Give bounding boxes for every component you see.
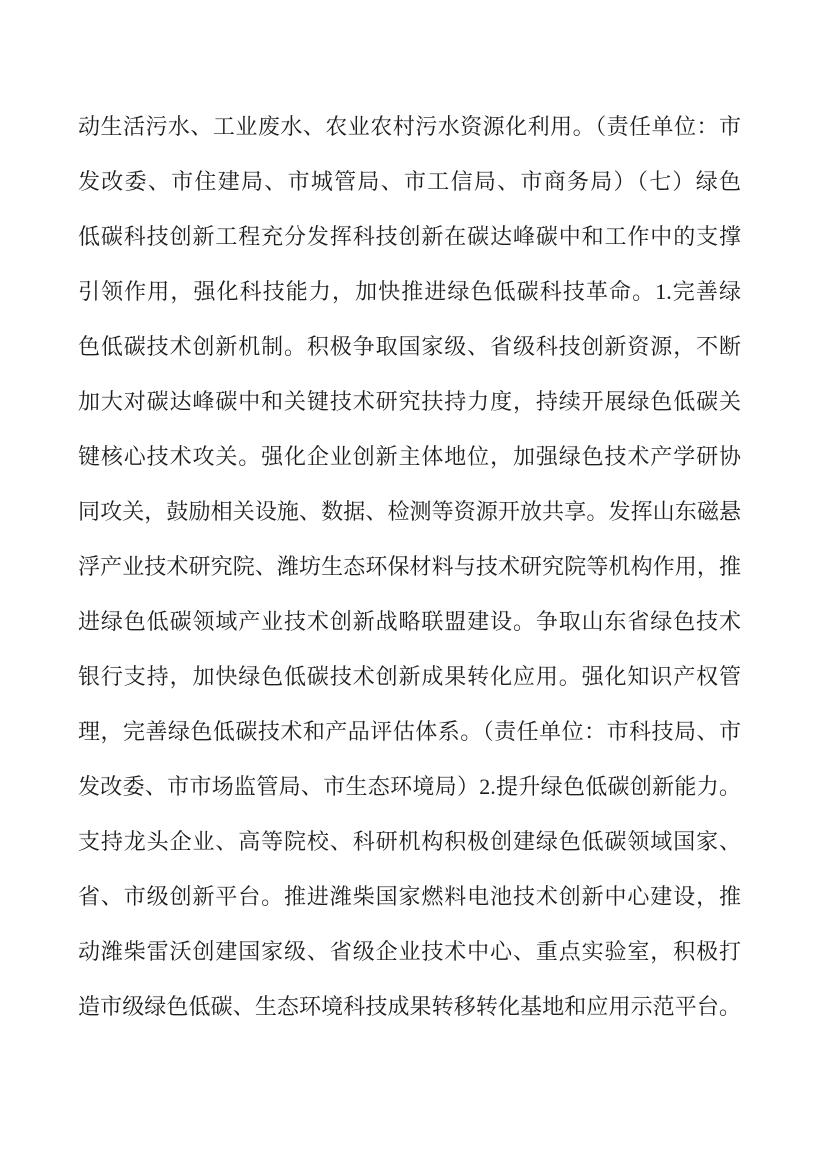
text-line: 造市级绿色低碳、生态环境科技成果转移转化基地和应用示范平台。 <box>78 979 741 1034</box>
text-line: 动潍柴雷沃创建国家级、省级企业技术中心、重点实验室，积极打 <box>78 924 741 979</box>
text-line: 引领作用，强化科技能力，加快推进绿色低碳科技革命。1.完善绿 <box>78 264 741 319</box>
text-line: 动生活污水、工业废水、农业农村污水资源化利用。（责任单位：市 <box>78 99 741 154</box>
text-line: 同攻关，鼓励相关设施、数据、检测等资源开放共享。发挥山东磁悬 <box>78 484 741 539</box>
text-line: 支持龙头企业、高等院校、科研机构积极创建绿色低碳领域国家、 <box>78 814 741 869</box>
text-line: 低碳科技创新工程充分发挥科技创新在碳达峰碳中和工作中的支撑 <box>78 209 741 264</box>
document-page: 动生活污水、工业废水、农业农村污水资源化利用。（责任单位：市 发改委、市住建局、… <box>0 0 826 1169</box>
text-line: 省、市级创新平台。推进潍柴国家燃料电池技术创新中心建设，推 <box>78 869 741 924</box>
text-line: 理，完善绿色低碳技术和产品评估体系。（责任单位：市科技局、市 <box>78 704 741 759</box>
text-line: 银行支持，加快绿色低碳技术创新成果转化应用。强化知识产权管 <box>78 649 741 704</box>
text-line: 加大对碳达峰碳中和关键技术研究扶持力度，持续开展绿色低碳关 <box>78 374 741 429</box>
text-line: 键核心技术攻关。强化企业创新主体地位，加强绿色技术产学研协 <box>78 429 741 484</box>
text-line: 发改委、市市场监管局、市生态环境局）2.提升绿色低碳创新能力。 <box>78 759 741 814</box>
text-line: 发改委、市住建局、市城管局、市工信局、市商务局）（七）绿色 <box>78 154 741 209</box>
text-line: 进绿色低碳领域产业技术创新战略联盟建设。争取山东省绿色技术 <box>78 594 741 649</box>
text-line: 色低碳技术创新机制。积极争取国家级、省级科技创新资源，不断 <box>78 319 741 374</box>
text-line: 浮产业技术研究院、潍坊生态环保材料与技术研究院等机构作用，推 <box>78 539 741 594</box>
document-body-text: 动生活污水、工业废水、农业农村污水资源化利用。（责任单位：市 发改委、市住建局、… <box>78 99 741 1034</box>
